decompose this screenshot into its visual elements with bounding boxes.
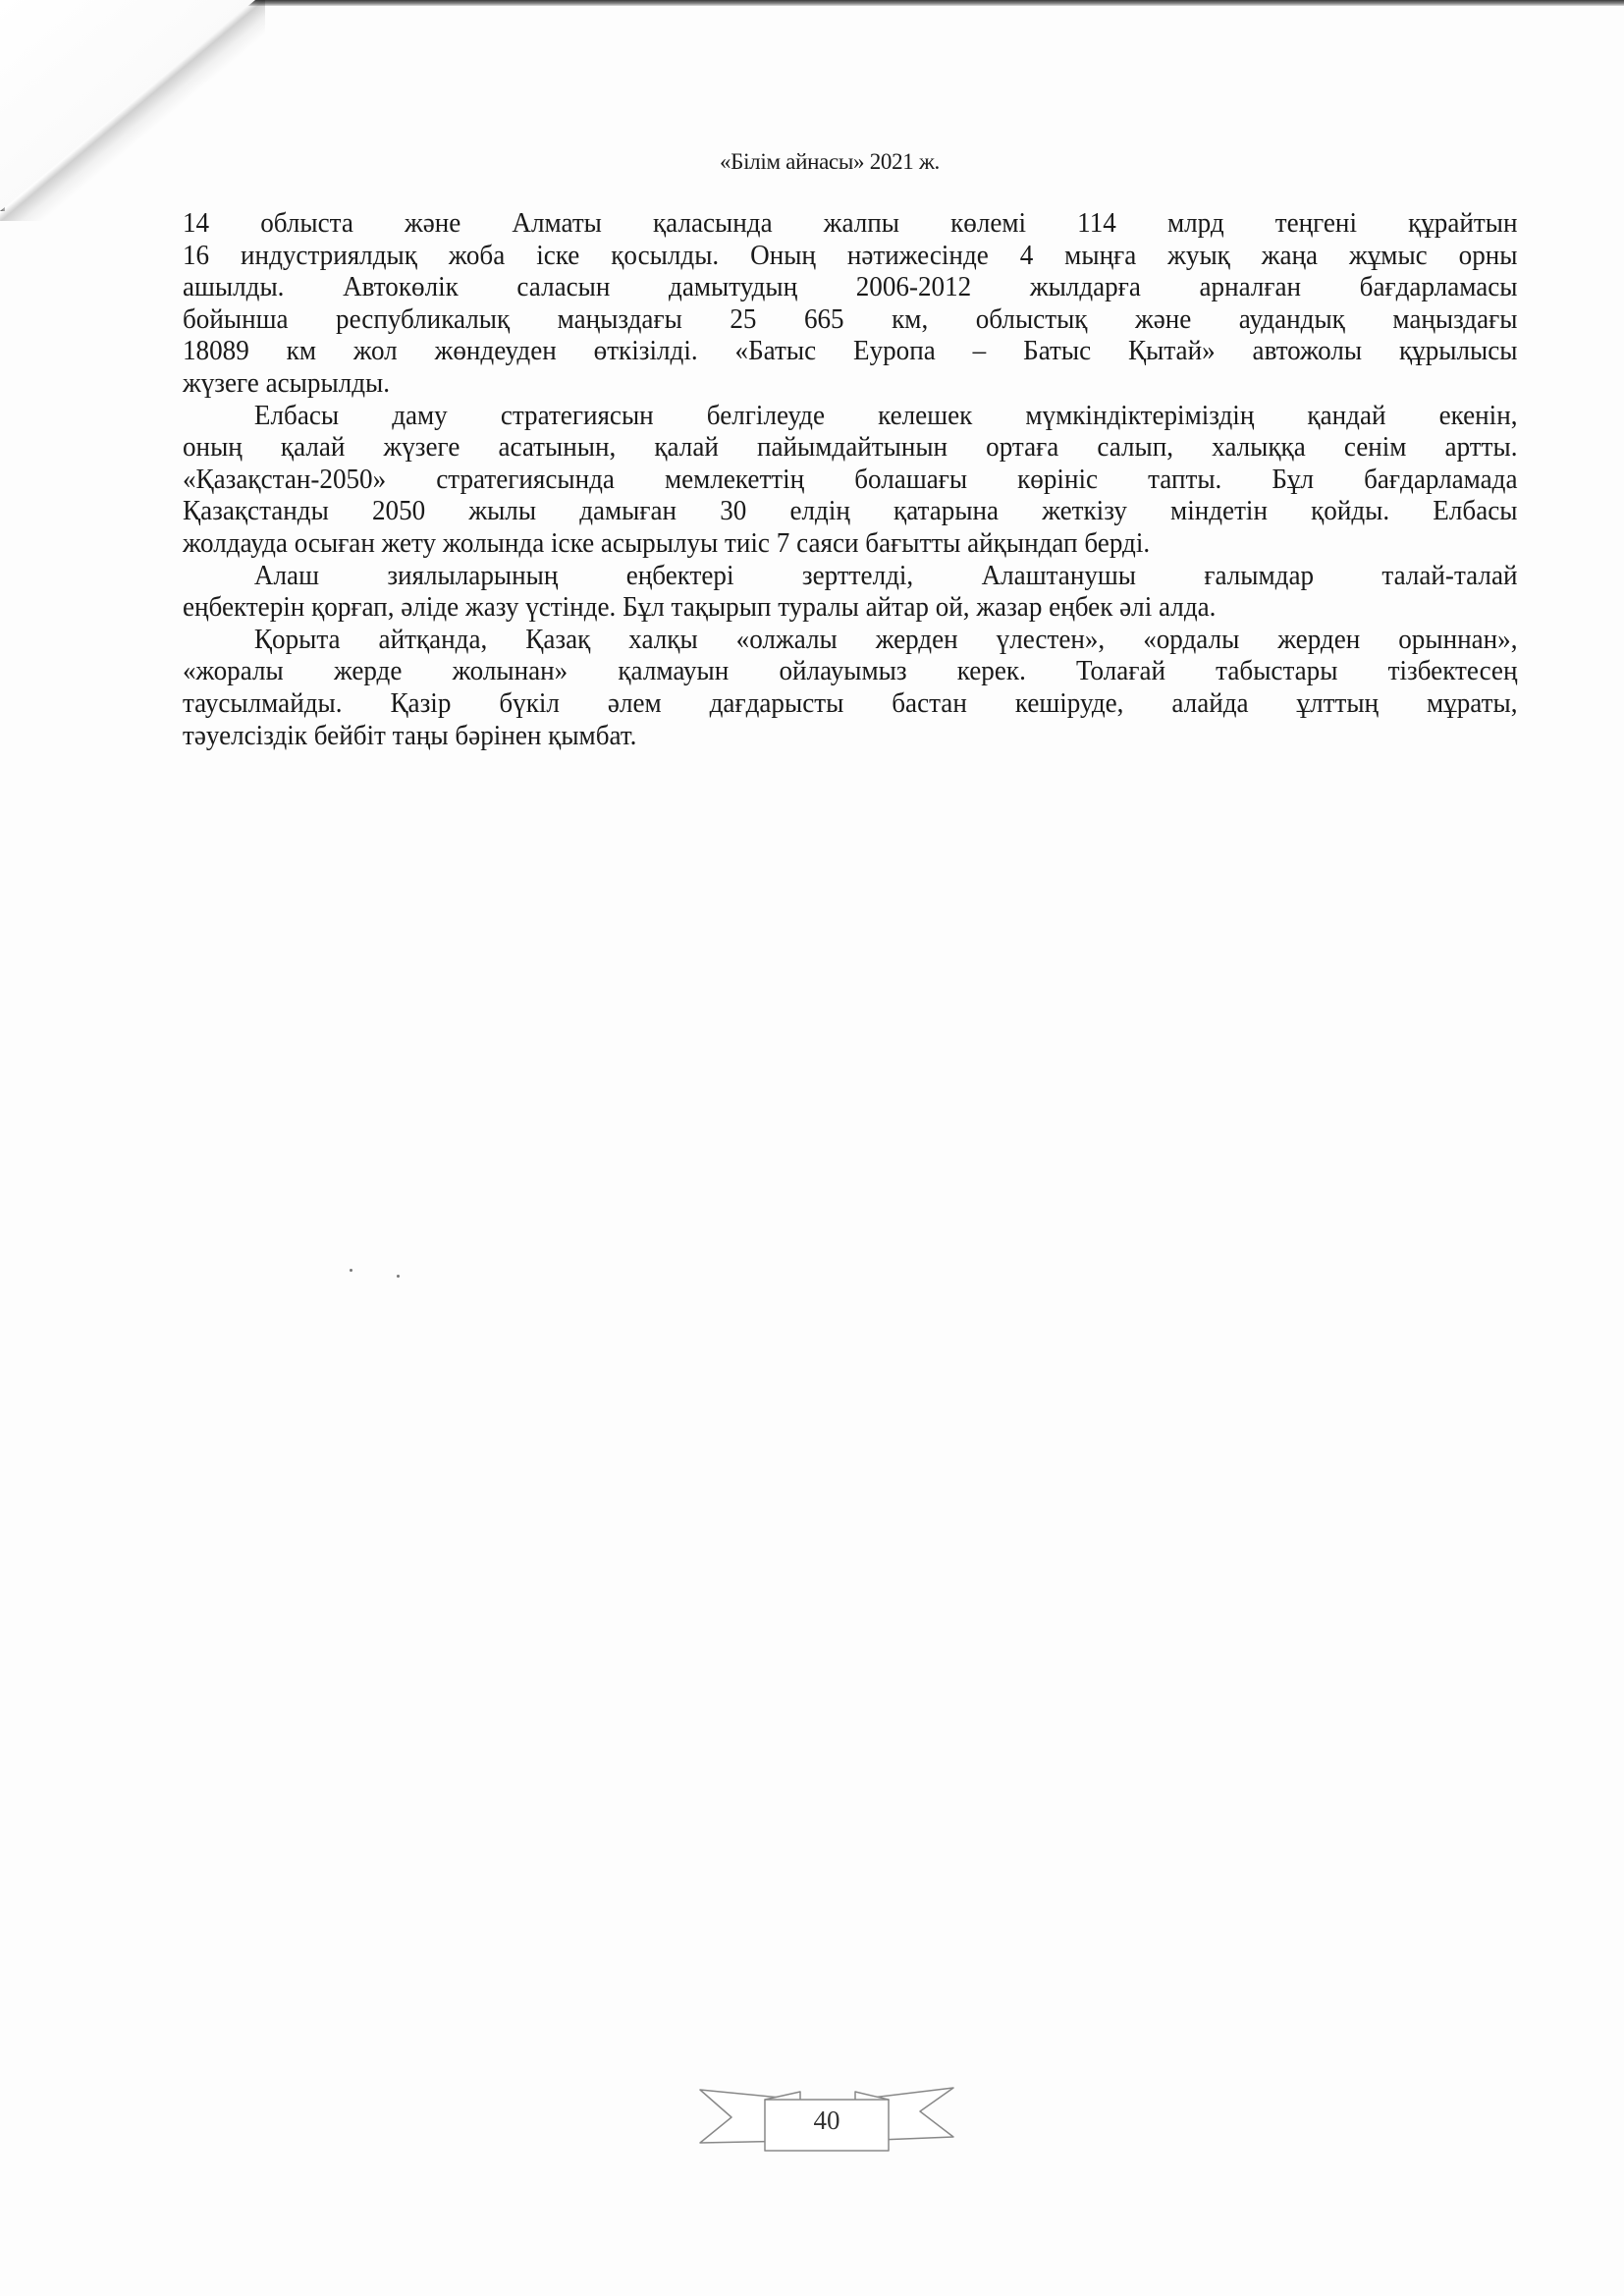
text-line: таусылмайды. Қазір бүкіл әлем дағдарысты… <box>183 687 1517 720</box>
folded-corner-shadow <box>0 0 265 221</box>
paragraph-1: 14 облыста және Алматы қаласында жалпы к… <box>183 207 1432 400</box>
page-number-banner: 40 <box>694 2082 959 2160</box>
document-body: 14 облыста және Алматы қаласында жалпы к… <box>183 207 1432 751</box>
text-line: жолдауда осыған жету жолында іске асырыл… <box>183 527 1517 560</box>
scan-speck <box>350 1269 352 1272</box>
paragraph-3: Алаш зиялыларының еңбектері зерттелді, А… <box>183 560 1432 624</box>
running-header: «Білім айнасы» 2021 ж. <box>0 149 1624 175</box>
text-line: 14 облыста және Алматы қаласында жалпы к… <box>183 207 1517 240</box>
scan-speck <box>397 1275 400 1278</box>
text-line: тәуелсіздік бейбіт таңы бәрінен қымбат. <box>183 720 1517 752</box>
text-line: «жоралы жерде жолынан» қалмауын ойлауымы… <box>183 655 1517 687</box>
text-line: жүзеге асырылды. <box>183 367 1517 400</box>
page-number: 40 <box>694 2105 959 2136</box>
text-line: 18089 км жол жөндеуден өткізілді. «Батыс… <box>183 335 1517 367</box>
text-line: Алаш зиялыларының еңбектері зерттелді, А… <box>183 560 1517 592</box>
text-line: 16 индустриялдық жоба іске қосылды. Оның… <box>183 240 1517 272</box>
paragraph-2: Елбасы даму стратегиясын белгілеуде келе… <box>183 400 1432 560</box>
text-line: Қазақстанды 2050 жылы дамыған 30 елдің қ… <box>183 495 1517 527</box>
text-line: «Қазақстан-2050» стратегиясында мемлекет… <box>183 464 1517 496</box>
text-line: оның қалай жүзеге асатынын, қалай пайымд… <box>183 431 1517 464</box>
text-line: бойынша республикалық маңыздағы 25 665 к… <box>183 303 1517 336</box>
paragraph-4: Қорыта айтқанда, Қазақ халқы «олжалы жер… <box>183 624 1432 751</box>
text-line: Елбасы даму стратегиясын белгілеуде келе… <box>183 400 1517 432</box>
text-line: еңбектерін қорғап, әлiде жазу үстінде. Б… <box>183 591 1517 624</box>
text-line: Қорыта айтқанда, Қазақ халқы «олжалы жер… <box>183 624 1517 656</box>
text-line: ашылды. Автокөлік саласын дамытудың 2006… <box>183 271 1517 303</box>
